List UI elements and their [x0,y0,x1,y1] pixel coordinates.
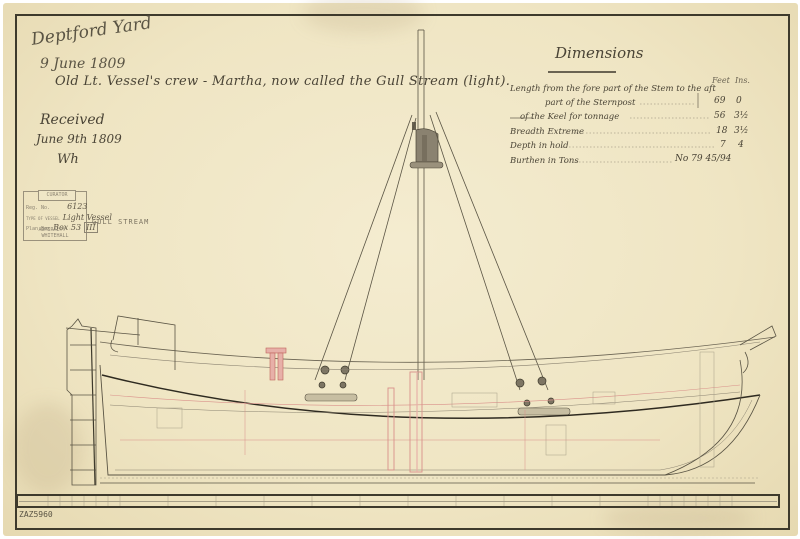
main-wale [102,375,760,418]
sheer-line [100,337,775,362]
ship-elevation-drawing [0,0,800,539]
lantern [410,122,443,168]
scale-bar-divider [19,501,777,502]
mast [418,30,424,380]
hull-outline [100,365,760,475]
scale-bar [16,494,780,508]
capstan [266,348,286,380]
taffrail [111,316,175,370]
